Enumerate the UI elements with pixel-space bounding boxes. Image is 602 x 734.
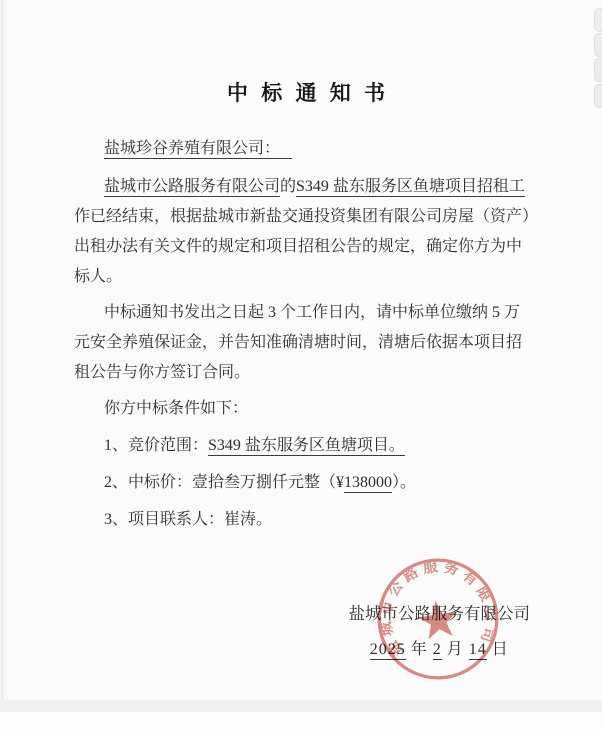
scan-edge-artifact <box>594 84 602 108</box>
signature-block: 盐城市公路服务有限公司 2025 年 2 月 14 日 <box>349 598 531 666</box>
body-line: 作已经结束，根据盐城市新盐交通投资集团有限公司房屋（资产） <box>74 202 542 232</box>
date-year-label: 年 <box>411 641 428 658</box>
date-month: 2 <box>433 641 442 660</box>
body-line: 租公告与你方签订合同。 <box>74 358 542 388</box>
document-body: 盐城市公路服务有限公司的S349 盐东服务区鱼塘项目招租工作已经结束，根据盐城市… <box>74 172 542 535</box>
scanned-document-viewport: 中 标 通 知 书 盐城珍谷养殖有限公司： 盐城市公路服务有限公司的S349 盐… <box>0 0 602 734</box>
body-text: ）。 <box>392 474 416 491</box>
scan-edge-artifact <box>594 33 602 57</box>
body-text: 元安全养殖保证金，并告知准确清塘时间，清塘后依据本项目招 <box>74 334 522 351</box>
body-text: 3、项目联系人：崔涛。 <box>104 511 272 528</box>
body-line: 中标通知书发出之日起 3 个工作日内，请中标单位缴纳 5 万 <box>74 298 542 328</box>
body-line: 你方中标条件如下： <box>74 394 542 424</box>
date-month-label: 月 <box>447 641 464 658</box>
body-text: 的 <box>280 178 296 195</box>
addressee-line: 盐城珍谷养殖有限公司： <box>104 134 542 164</box>
scan-edge-artifact <box>594 58 602 82</box>
document-title: 中 标 通 知 书 <box>74 0 542 108</box>
body-text: 2、中标价：壹拾叁万捌仟元整（¥ <box>104 474 344 491</box>
issue-date: 2025 年 2 月 14 日 <box>349 634 531 666</box>
document-content: 中 标 通 知 书 盐城珍谷养殖有限公司： 盐城市公路服务有限公司的S349 盐… <box>74 0 542 535</box>
signer-company-name: 盐城市公路服务有限公司 <box>349 598 531 630</box>
underlined-text: S349 盐东服务区鱼塘项目。 <box>208 437 405 456</box>
body-text: 标人。 <box>74 268 122 285</box>
body-line: 1、竞价范围：S349 盐东服务区鱼塘项目。 <box>74 431 542 461</box>
background-below-page <box>0 712 602 734</box>
underlined-text: 138000 <box>344 474 392 493</box>
body-line: 元安全养殖保证金，并告知准确清塘时间，清塘后依据本项目招 <box>74 328 542 358</box>
body-text: 你方中标条件如下： <box>104 400 248 417</box>
body-line: 盐城市公路服务有限公司的S349 盐东服务区鱼塘项目招租工 <box>74 172 542 202</box>
date-day: 14 <box>469 641 487 660</box>
body-text: 中标通知书发出之日起 3 个工作日内，请中标单位缴纳 5 万 <box>104 304 520 321</box>
body-text: 租公告与你方签订合同。 <box>74 364 250 381</box>
date-day-label: 日 <box>492 641 509 658</box>
underlined-text: 盐城市公路服务有限公司 <box>104 178 280 197</box>
page-bottom-shadow <box>0 700 602 712</box>
date-year: 2025 <box>370 641 406 660</box>
body-text: 作已经结束，根据盐城市新盐交通投资集团有限公司房屋（资产） <box>74 208 538 225</box>
body-line: 出租办法有关文件的规定和项目招租公告的规定，确定你方为中 <box>74 232 542 262</box>
body-line: 标人。 <box>74 262 542 292</box>
body-text: 出租办法有关文件的规定和项目招租公告的规定，确定你方为中 <box>74 238 522 255</box>
underlined-text: S349 盐东服务区鱼塘项目招租工 <box>296 178 525 197</box>
body-line: 3、项目联系人：崔涛。 <box>74 505 542 535</box>
addressee-name: 盐城珍谷养殖有限公司： <box>104 140 292 159</box>
body-text: 1、竞价范围： <box>104 437 208 454</box>
scan-edge-artifact <box>594 8 602 32</box>
page-left-edge-line <box>2 0 3 708</box>
body-line: 2、中标价：壹拾叁万捌仟元整（¥138000）。 <box>74 468 542 498</box>
